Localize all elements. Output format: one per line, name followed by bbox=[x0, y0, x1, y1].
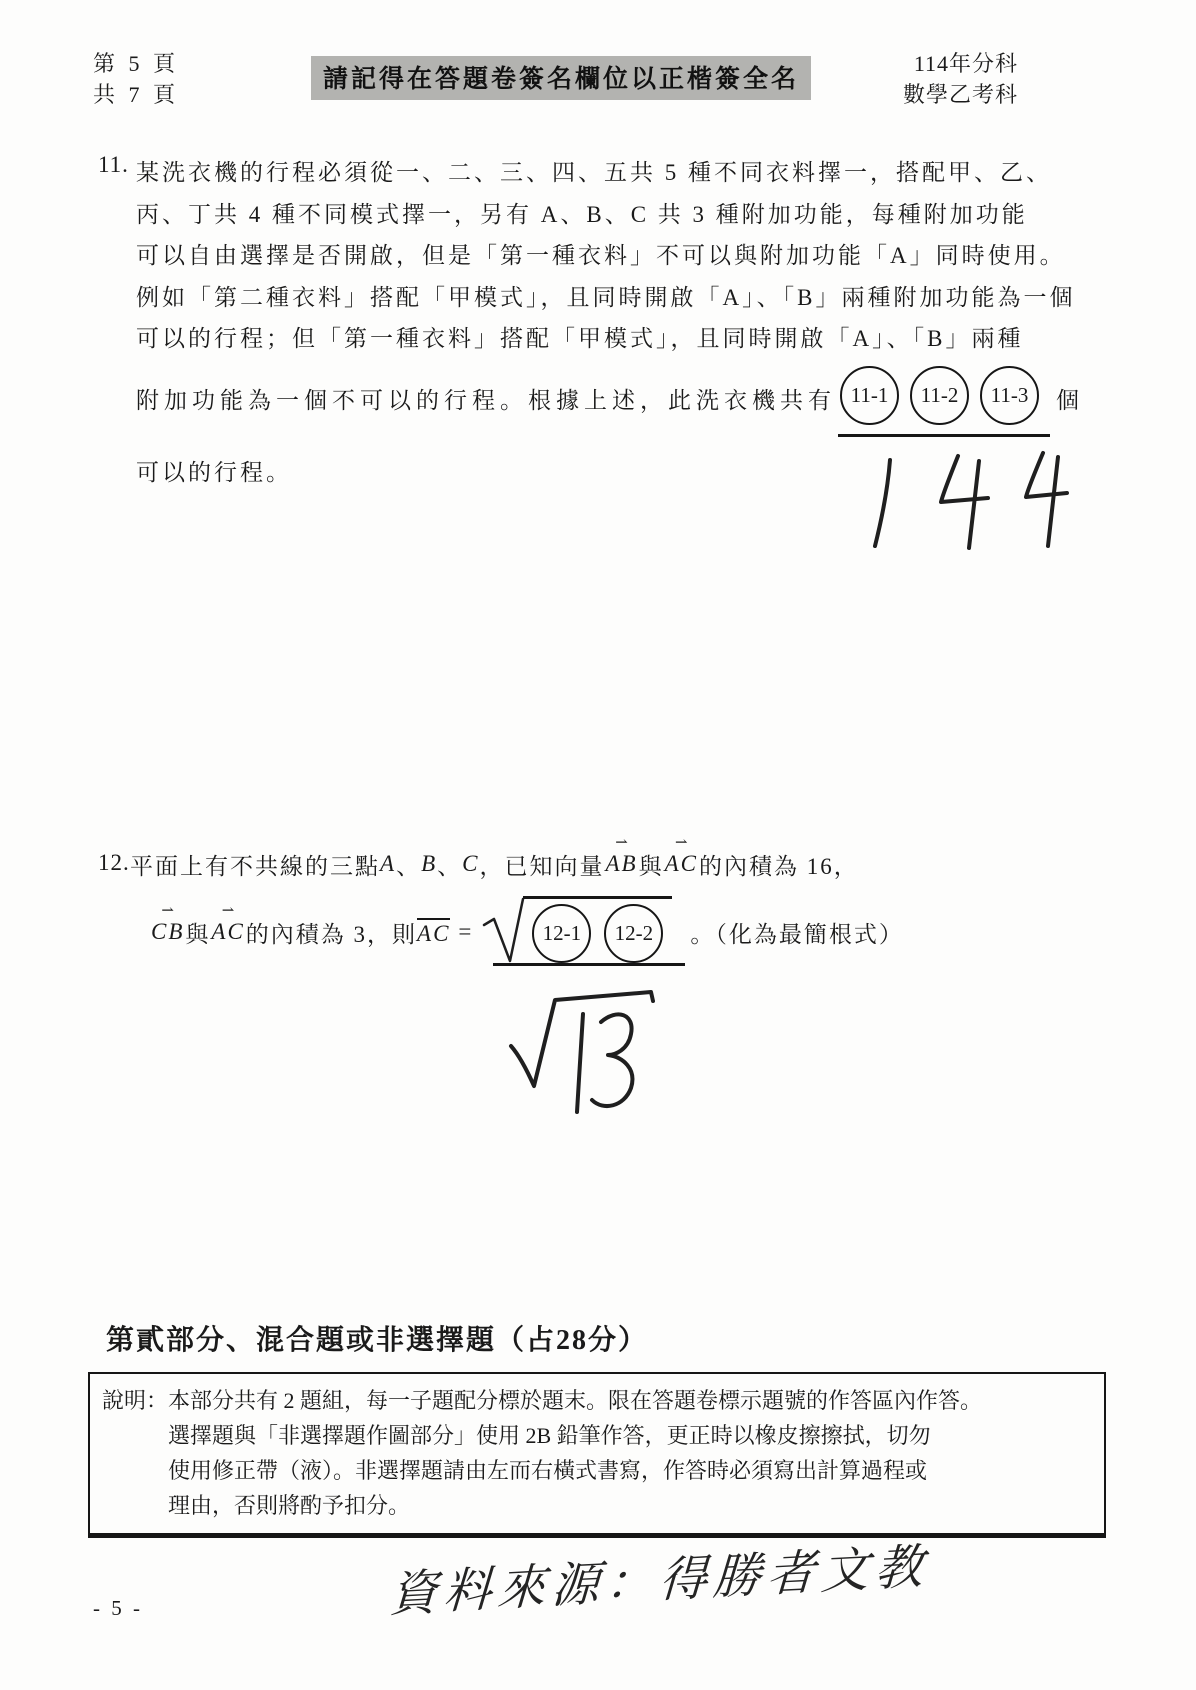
instructions-line3: 使用修正帶（液）。非選擇題請由左而右橫式書寫，作答時必須寫出計算過程或 bbox=[102, 1453, 1092, 1488]
vector-arrow-icon: ⇀ bbox=[210, 904, 245, 919]
vector-ac: ⇀AC bbox=[664, 851, 699, 877]
answer-underline-12 bbox=[493, 963, 685, 966]
question-12-number: 12. bbox=[98, 850, 130, 876]
answer-blank-circle-12-2: 12-2 bbox=[604, 904, 663, 963]
question-11-answer-prefix: 附加功能為一個不可以的行程。根據上述，此洗衣機共有 bbox=[136, 380, 836, 422]
vector-cb: ⇀CB bbox=[150, 919, 185, 945]
answer-blank-circle-11-1: 11-1 bbox=[840, 366, 899, 425]
question-11-text: 某洗衣機的行程必須從一、二、三、四、五共 5 種不同衣料擇一，搭配甲、乙、 丙、… bbox=[136, 152, 1075, 360]
sqrt-radical-icon bbox=[481, 895, 525, 969]
ac-magnitude: AC bbox=[417, 918, 450, 947]
question-11-last-line: 可以的行程。 bbox=[136, 452, 292, 494]
handwritten-source-note: 資料來源：得勝者文教 bbox=[388, 1527, 931, 1625]
vector-ab: ⇀AB bbox=[604, 851, 638, 877]
q12-text: 與 bbox=[185, 916, 210, 949]
section-2-heading: 第貳部分、混合題或非選擇題（占28分） bbox=[106, 1318, 648, 1358]
question-line: 可以自由選擇是否開啟，但是「第一種衣料」不可以與附加功能「A」同時使用。 bbox=[136, 235, 1075, 277]
point-c: C bbox=[462, 851, 479, 877]
q12-suffix: 。（化為最簡根式） bbox=[690, 916, 904, 949]
question-11-answer-blanks: 11-1 11-2 11-3 bbox=[840, 366, 1039, 425]
q12-text: 的內積為 16， bbox=[699, 848, 859, 881]
answer-blank-circle-11-3: 11-3 bbox=[980, 366, 1039, 425]
vector-ac: ⇀AC bbox=[210, 919, 245, 945]
footer-page-number: - 5 - bbox=[93, 1596, 143, 1621]
question-12-line2: ⇀CB 與 ⇀AC 的內積為 3，則 AC = 12-1 12-2 。（化為最簡… bbox=[150, 896, 904, 968]
question-line: 可以的行程；但「第一種衣料」搭配「甲模式」，且同時開啟「A」、「B」兩種 bbox=[136, 318, 1075, 360]
question-11-answer-suffix: 個 bbox=[1056, 380, 1082, 422]
q12-text: 平面上有不共線的三點 bbox=[130, 848, 380, 881]
instructions-line1: 說明：本部分共有 2 題組，每一子題配分標於題末。限在答題卷標示題號的作答區內作… bbox=[102, 1383, 1092, 1418]
question-11-number: 11. bbox=[98, 152, 129, 178]
point-a: A bbox=[380, 851, 396, 877]
instructions-line2: 選擇題與「非選擇題作圖部分」使用 2B 鉛筆作答，更正時以橡皮擦擦拭，切勿 bbox=[102, 1418, 1092, 1453]
answer-underline-11 bbox=[838, 434, 1050, 437]
q12-text: 與 bbox=[639, 848, 664, 881]
answer-blank-circle-11-2: 11-2 bbox=[910, 366, 969, 425]
question-12-line1: 平面上有不共線的三點 A 、 B 、 C ，已知向量 ⇀AB 與 ⇀AC 的內積… bbox=[130, 846, 859, 882]
handwritten-answer-144 bbox=[858, 448, 1070, 550]
instructions-box: 說明：本部分共有 2 題組，每一子題配分標於題末。限在答題卷標示題號的作答區內作… bbox=[88, 1372, 1106, 1538]
exam-title-line1: 114年分科 bbox=[866, 48, 1018, 79]
page-label-line1: 第 5 頁 bbox=[93, 48, 179, 79]
q12-text: ，已知向量 bbox=[479, 848, 604, 881]
question-line: 丙、丁共 4 種不同模式擇一，另有 A、B、C 共 3 種附加功能，每種附加功能 bbox=[136, 194, 1075, 236]
signature-notice: 請記得在答題卷簽名欄位以正楷簽全名 bbox=[311, 56, 811, 100]
question-line: 某洗衣機的行程必須從一、二、三、四、五共 5 種不同衣料擇一，搭配甲、乙、 bbox=[136, 152, 1075, 194]
q12-text: 的內積為 3，則 bbox=[246, 916, 417, 949]
point-b: B bbox=[421, 851, 437, 877]
equals-sign: = bbox=[458, 919, 473, 945]
exam-page-5: 第 5 頁 共 7 頁 請記得在答題卷簽名欄位以正楷簽全名 114年分科 數學乙… bbox=[0, 0, 1196, 1690]
vector-arrow-icon: ⇀ bbox=[150, 904, 185, 919]
page-count-label: 第 5 頁 共 7 頁 bbox=[93, 48, 179, 110]
exam-title-line2: 數學乙考科 bbox=[866, 79, 1018, 110]
page-label-line2: 共 7 頁 bbox=[93, 79, 179, 110]
instructions-line4: 理由，否則將酌予扣分。 bbox=[102, 1488, 1092, 1523]
answer-blank-circle-12-1: 12-1 bbox=[532, 904, 591, 963]
q12-separator: 、 bbox=[437, 848, 462, 881]
handwritten-answer-sqrt13 bbox=[505, 986, 675, 1126]
exam-title: 114年分科 數學乙考科 bbox=[866, 48, 1018, 110]
question-line: 例如「第二種衣料」搭配「甲模式」，且同時開啟「A」、「B」兩種附加功能為一個 bbox=[136, 277, 1075, 319]
vector-arrow-icon: ⇀ bbox=[604, 836, 638, 851]
vector-arrow-icon: ⇀ bbox=[664, 836, 699, 851]
sqrt-radicand: 12-1 12-2 bbox=[523, 896, 672, 969]
q12-separator: 、 bbox=[396, 848, 421, 881]
